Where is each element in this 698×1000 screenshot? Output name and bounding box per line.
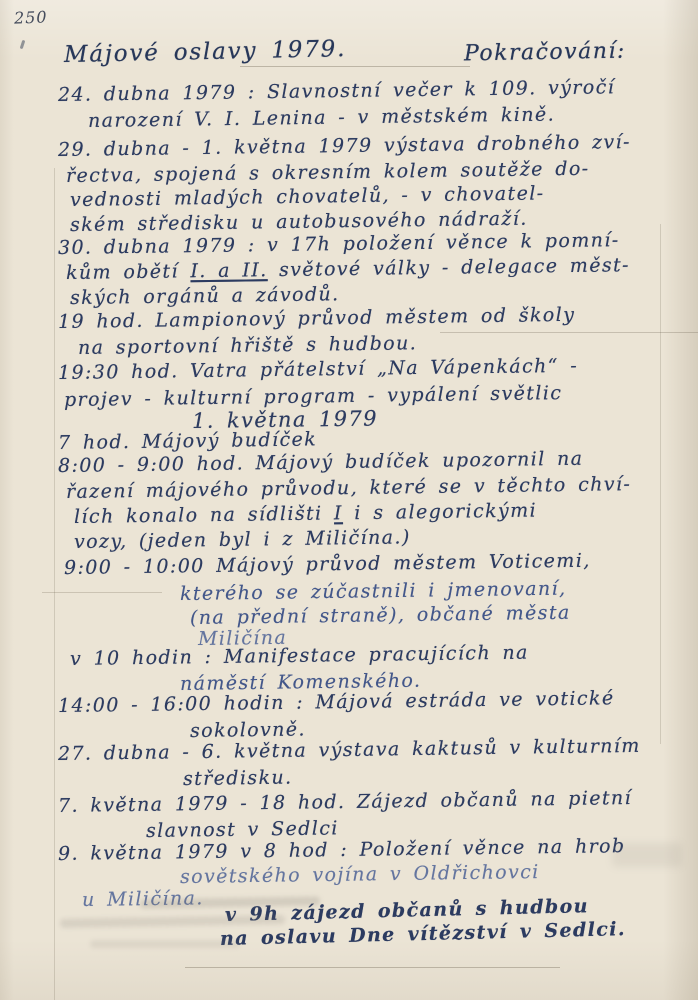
bleed-through-mark <box>612 843 682 867</box>
handwritten-line: kterého se zúčastnili i jmenovaní, <box>180 578 567 605</box>
chronicle-page: 250 Májové oslavy 1979. Pokračování: 24.… <box>0 0 698 1000</box>
page-title: Májové oslavy 1979. <box>64 36 347 68</box>
line-segment: světové války - delegace měst- <box>267 254 630 281</box>
handwritten-line: 9. května 1979 v 8 hod : Položení věnce … <box>58 835 626 865</box>
paper-crease <box>660 224 661 744</box>
handwritten-line: lích konalo na sídlišti I i s alegorický… <box>74 500 537 528</box>
pencil-rule <box>240 66 470 67</box>
handwritten-line: sovětského vojína v Oldřichovci <box>180 861 540 888</box>
paper-crease <box>54 168 55 1000</box>
line-segment: kům obětí <box>66 260 191 284</box>
handwritten-line: 24. dubna 1979 : Slavnostní večer k 109.… <box>58 76 615 106</box>
handwritten-line: na sportovní hřiště s hudbou. <box>78 332 417 359</box>
handwritten-line: 29. dubna - 1. května 1979 výstava drobn… <box>58 131 631 161</box>
pencil-rule <box>185 967 560 968</box>
handwritten-line: vednosti mladých chovatelů, - v chovatel… <box>70 182 545 211</box>
page-number: 250 <box>14 7 48 27</box>
handwritten-line: v 10 hodin : Manifestace pracujících na <box>70 642 529 670</box>
line-segment: i s alegorickými <box>343 500 537 525</box>
handwritten-line: 19 hod. Lampionový průvod městem od škol… <box>58 304 576 333</box>
handwritten-line: kům obětí I. a II. světové války - deleg… <box>66 254 630 284</box>
handwritten-line: 7 hod. Májový budíček <box>58 428 317 454</box>
handwritten-line: 14:00 - 16:00 hodin : Májová estráda ve … <box>58 687 615 717</box>
handwritten-line: středisku. <box>183 766 293 790</box>
handwritten-line: řazení májového průvodu, které se v těch… <box>66 473 632 503</box>
handwritten-line: 19:30 hod. Vatra přátelství „Na Vápenkác… <box>58 355 578 384</box>
handwritten-line: narození V. I. Lenina - v městském kině. <box>88 103 555 132</box>
pencil-rule <box>42 592 162 593</box>
line-segment: lích konalo na sídlišti <box>74 502 334 528</box>
title-row: Májové oslavy 1979. Pokračování: <box>0 42 698 76</box>
handwritten-line: 9:00 - 10:00 Májový průvod městem Votice… <box>64 550 591 579</box>
bleed-through-mark <box>90 940 240 948</box>
underlined-roman-numeral: I <box>334 502 343 524</box>
handwritten-line: ských orgánů a závodů. <box>70 283 340 309</box>
underlined-roman-numerals: I. a II. <box>190 259 268 282</box>
handwritten-line: sokolovně. <box>190 718 306 742</box>
handwritten-line: (na přední straně), občané města <box>190 602 571 629</box>
bleed-through-mark <box>60 915 285 928</box>
handwritten-line: 27. dubna - 6. května výstava kaktusů v … <box>58 735 641 765</box>
handwritten-line: slavnost v Sedlci <box>146 817 339 842</box>
handwritten-line: vozy, (jeden byl i z Miličína.) <box>74 526 411 553</box>
continuation-label: Pokračování: <box>464 39 626 67</box>
handwritten-line: 7. května 1979 - 18 hod. Zájezd občanů n… <box>58 787 632 817</box>
